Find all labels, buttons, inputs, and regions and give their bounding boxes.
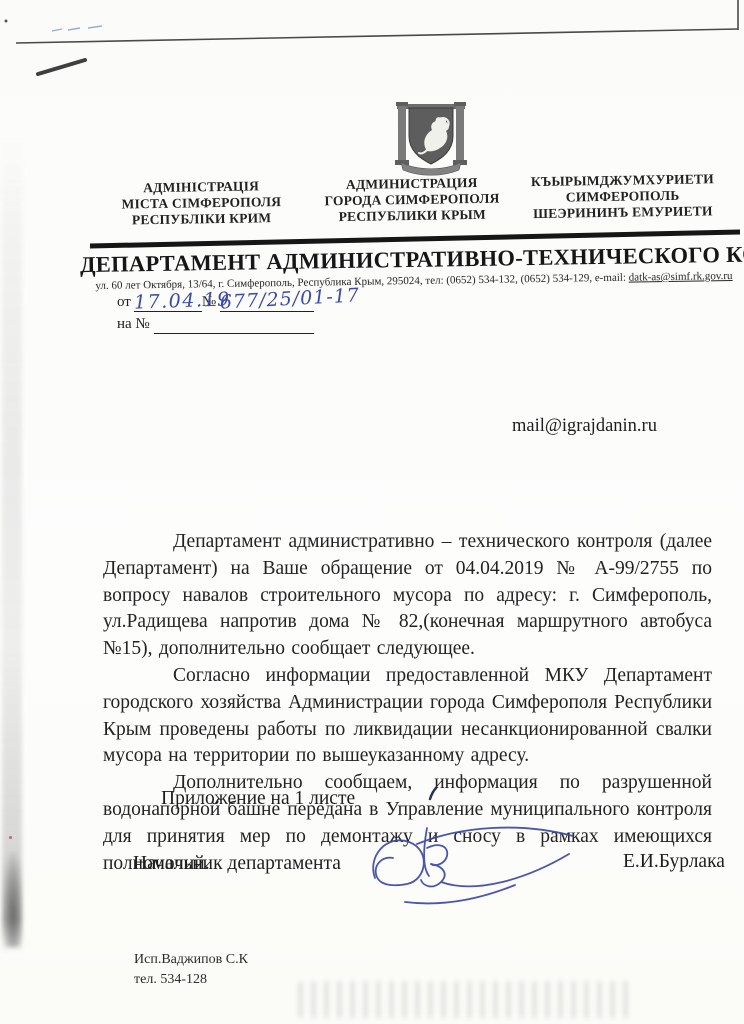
scan-bleedthrough-text (298, 981, 633, 1018)
from-label: от (117, 294, 131, 312)
scan-smudge-left-edge (2, 140, 22, 952)
header-column-ukrainian: АДМІНІСТРАЦІЯ МІСТА СІМФЕРОПОЛЯ РЕСПУБЛІ… (96, 178, 307, 229)
header-line: КЪЫРЫМДЖУМХУРИЕТИ (517, 171, 728, 190)
handwritten-date: 17.04.19 (134, 288, 231, 313)
paragraph-2: Согласно информации предоставленной МКУ … (103, 663, 712, 770)
reference-reply-row: на № (117, 312, 314, 334)
recipient-email: mail@igrajdanin.ru (512, 416, 657, 437)
header-line: РЕСПУБЛІКИ КРИМ (96, 210, 307, 229)
reply-number-field (154, 312, 314, 334)
department-email: datk-as@simf.rk.gov.ru (629, 270, 733, 284)
executor-phone: тел. 534-128 (134, 970, 248, 990)
scan-red-speck (9, 836, 12, 839)
number-field: 677/25/01-17 (220, 290, 314, 312)
header-column-russian: АДМИНИСТРАЦИЯ ГОРОДА СИМФЕРОПОЛЯ РЕСПУБЛ… (306, 174, 517, 225)
executor-name: Исп.Ваджипов С.К (134, 950, 248, 970)
administration-header-columns: АДМІНІСТРАЦІЯ МІСТА СІМФЕРОПОЛЯ РЕСПУБЛІ… (96, 171, 729, 229)
attachment-note: Приложение на 1 листе (161, 788, 355, 810)
scanned-letter-page: АДМІНІСТРАЦІЯ МІСТА СІМФЕРОПОЛЯ РЕСПУБЛІ… (0, 0, 744, 1024)
reference-from-row: от 17.04.19 № 677/25/01-17 (117, 290, 314, 312)
executor-block: Исп.Ваджипов С.К тел. 534-128 (134, 950, 248, 990)
coat-of-arms-icon (389, 98, 473, 176)
header-line: ШЕЭРИНИНЪ ЕМУРИЕТИ (517, 203, 728, 222)
paragraph-1: Департамент административно – техническо… (103, 529, 712, 663)
reference-block: от 17.04.19 № 677/25/01-17 на № (117, 290, 314, 334)
header-line: МІСТА СІМФЕРОПОЛЯ (96, 194, 307, 213)
signer-name: Е.И.Бурлака (623, 851, 725, 873)
signer-position: Начальник департамента (133, 853, 341, 875)
header-line: РЕСПУБЛИКИ КРЫМ (307, 206, 518, 225)
date-field: 17.04.19 (134, 290, 202, 312)
reply-label: на № (117, 316, 150, 334)
scan-smudge-bottom-left (4, 852, 22, 947)
header-column-crimean-tatar: КЪЫРЫМДЖУМХУРИЕТИ СИМФЕРОПОЛЬ ШЕЭРИНИНЪ … (517, 171, 728, 222)
signature-icon (365, 810, 580, 912)
